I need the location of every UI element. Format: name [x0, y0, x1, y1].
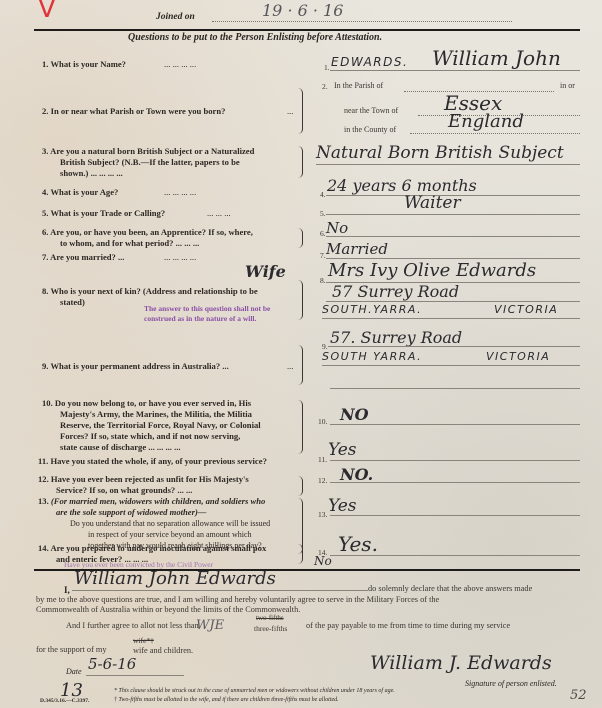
a9-address-street: 57. Surrey Road	[330, 328, 462, 347]
q3-brace	[298, 146, 303, 178]
question-4: 4. What is your Age? ... ... ... ...	[42, 187, 300, 198]
a14-line	[330, 555, 580, 556]
county-line	[410, 133, 580, 134]
a10-line	[330, 424, 580, 425]
q10-text-1: Do you now belong to, or have you ever s…	[55, 398, 251, 408]
will-notice-line-1: The answer to this question shall not be	[144, 304, 270, 314]
a9-line-2	[322, 365, 580, 366]
a7-married: Married	[326, 240, 388, 258]
corner-number: 52	[570, 688, 587, 703]
a8-num: 8.	[320, 276, 326, 285]
parish-label: In the Parish of	[334, 81, 383, 90]
a5-trade: Waiter	[404, 193, 461, 213]
a8-address-street: 57 Surrey Road	[332, 282, 459, 301]
q3-text-3: shown.) ... ... ... ...	[42, 168, 300, 179]
date-label: Date	[66, 667, 82, 676]
q12-text-1: Have you ever been rejected as unfit for…	[51, 474, 249, 484]
q8-text-1: Who is your next of kin? (Address and re…	[50, 286, 257, 296]
q11-text: Have you stated the whole, if any, of yo…	[50, 456, 266, 466]
joined-date-line	[212, 21, 512, 22]
a9-address-city: SOUTH YARRA.	[322, 350, 422, 363]
declaration-prefix: I,	[64, 585, 70, 595]
town-label: near the Town of	[344, 106, 398, 115]
allotment-initials: WJE	[196, 618, 224, 633]
question-6: 6. Are you, or have you been, an Apprent…	[42, 227, 300, 249]
q8-num: 8.	[42, 286, 48, 296]
q10-text-3: Reserve, the Territorial Force, Royal Na…	[42, 420, 300, 431]
q4-num: 4.	[42, 187, 48, 197]
section-title: Questions to be put to the Person Enlist…	[128, 32, 382, 43]
q1-num: 1.	[42, 59, 48, 69]
a6-num: 6.	[320, 229, 326, 238]
q5-text: What is your Trade or Calling?	[50, 208, 165, 218]
q7-dots: ... ... ... ...	[164, 252, 196, 263]
question-11: 11. Have you stated the whole, if any, o…	[38, 456, 302, 467]
a1-line	[330, 70, 580, 71]
a2-num: 2.	[322, 82, 328, 91]
a3-line	[316, 164, 580, 165]
allotment-fraction: three-fifths	[254, 624, 287, 633]
signature-label: Signature of person enlisted.	[465, 679, 557, 688]
support-wife-children: wife and children.	[133, 646, 193, 655]
q12-brace	[298, 476, 303, 496]
q10-text-2: Majesty's Army, the Marines, the Militia…	[42, 409, 300, 420]
relationship-note: Wife	[245, 262, 286, 281]
a14-answer: Yes.	[338, 532, 378, 556]
q9-brace	[298, 345, 303, 385]
q14-text-1: Are you prepared to undergo inoculation …	[50, 543, 266, 553]
joined-date: 19 · 6 · 16	[262, 1, 343, 20]
a6-line	[326, 236, 580, 237]
a11-answer: Yes	[328, 440, 357, 460]
q2-text: In or near what Parish or Town were you …	[51, 106, 226, 116]
q12-num: 12.	[38, 474, 49, 484]
a5-num: 5.	[320, 209, 326, 218]
enlistee-signature: William J. Edwards	[370, 652, 552, 674]
q2-dots: ...	[287, 106, 293, 117]
a8-line-3	[322, 318, 580, 319]
will-notice-stamp: The answer to this question shall not be…	[144, 304, 270, 324]
a7-line	[326, 258, 580, 259]
declaration-name: William John Edwards	[74, 568, 276, 589]
q6-num: 6.	[42, 227, 48, 237]
a3-answer: Natural Born British Subject	[316, 143, 564, 163]
q9-text: What is your permanent address in Austra…	[50, 361, 228, 371]
a9-line-3	[330, 388, 580, 389]
a13-num: 13.	[318, 510, 327, 519]
q3-text-1: Are you a natural born British Subject o…	[50, 146, 254, 156]
q13-num: 13.	[38, 496, 49, 506]
allotment-end: of the pay payable to me from time to ti…	[306, 621, 510, 630]
will-notice-line-2: construed as in the nature of a will.	[144, 314, 270, 324]
footnote-2: † Two-fifths must be allotted to the wif…	[114, 697, 339, 703]
in-or-label: in or	[560, 81, 575, 90]
support-label: for the support of my	[36, 645, 107, 654]
a11-line	[330, 460, 580, 461]
q7-text: Are you married? ...	[50, 252, 124, 262]
q2-num: 2.	[42, 106, 48, 116]
q10-text-5: state cause of discharge ... ... ... ...	[42, 442, 300, 453]
declaration-line-1: do solemnly declare that the above answe…	[368, 584, 532, 593]
question-1: 1. What is your Name? ... ... ... ...	[42, 59, 300, 70]
a14-extra-answer: No	[314, 554, 332, 568]
a5-line	[326, 214, 580, 215]
header-rule	[34, 29, 580, 31]
q6-brace	[298, 228, 303, 248]
a13-line	[330, 515, 580, 516]
question-5: 5. What is your Trade or Calling? ... ..…	[42, 208, 300, 219]
q6-text-1: Are you, or have you been, an Apprentice…	[50, 227, 253, 237]
a1-surname: EDWARDS.	[331, 55, 408, 69]
q4-dots: ... ... ... ...	[164, 187, 196, 198]
red-check-mark: V	[38, 0, 56, 24]
declaration-line-2: by me to the above questions are true, a…	[36, 595, 439, 604]
birth-county: England	[448, 111, 524, 132]
date-line	[86, 675, 184, 676]
q13-text-2: are the sole support of widowed mother)—	[38, 507, 302, 518]
joined-on-label: Joined on	[156, 12, 195, 22]
a8-address-state: VICTORIA	[494, 303, 558, 316]
q13-text-4: in respect of your service beyond an amo…	[38, 529, 302, 540]
a9-address-state: VICTORIA	[486, 350, 550, 363]
q14-num: 14.	[38, 543, 49, 553]
question-9: 9. What is your permanent address in Aus…	[42, 361, 300, 372]
a10-num: 10.	[318, 417, 327, 426]
q10-text-4: Forces? If so, state which, and if not n…	[42, 431, 300, 442]
q14-brace	[298, 544, 303, 564]
q1-text: What is your Name?	[50, 59, 126, 69]
a8-next-of-kin: Mrs Ivy Olive Edwards	[328, 260, 536, 281]
q13-text-1: (For married men, widowers with children…	[51, 496, 265, 506]
a8-address-city: SOUTH.YARRA.	[322, 303, 422, 316]
a8-line-2	[326, 301, 580, 302]
q11-num: 11.	[38, 456, 48, 466]
q2-brace	[298, 88, 303, 134]
q3-text-2: British Subject? (N.B.—If the latter, pa…	[42, 157, 300, 168]
a12-num: 12.	[318, 476, 327, 485]
q5-dots: ... ... ...	[207, 208, 231, 219]
q9-num: 9.	[42, 361, 48, 371]
declaration-name-line	[72, 590, 368, 591]
q10-num: 10.	[42, 398, 53, 408]
a12-line	[330, 482, 580, 483]
a1-num: 1.	[324, 63, 330, 72]
q10-brace	[298, 400, 303, 454]
q1-dots: ... ... ... ...	[164, 59, 196, 70]
a6-apprentice: No	[326, 219, 348, 237]
a4-num: 4.	[320, 190, 326, 199]
q8-brace	[298, 280, 303, 320]
a13-answer: Yes	[328, 496, 357, 516]
q9-dots: ...	[287, 361, 293, 372]
q13-text-3: Do you understand that no separation all…	[38, 518, 302, 529]
question-2: 2. In or near what Parish or Town were y…	[42, 106, 300, 117]
question-3: 3. Are you a natural born British Subjec…	[42, 146, 300, 179]
q3-num: 3.	[42, 146, 48, 156]
declaration-line-3: Commonwealth of Australia within or beyo…	[36, 605, 300, 614]
question-12: 12. Have you ever been rejected as unfit…	[38, 474, 302, 496]
county-label: in the County of	[344, 125, 396, 134]
footnote-1: * This clause should be struck out in th…	[114, 688, 395, 694]
a9-line-1	[328, 346, 580, 347]
support-struck-wife: wife*†	[133, 636, 154, 645]
q6-text-2: to whom, and for what period? ... ... ..…	[42, 238, 300, 249]
a11-num: 11.	[318, 455, 327, 464]
q12-text-2: Service? If so, on what grounds? ... ...	[38, 485, 302, 496]
date-value: 5-6-16	[88, 655, 136, 673]
a10-answer: NO	[340, 405, 369, 424]
form-code: D.345/3.16.—C.3397.	[40, 698, 89, 704]
allotment-struck-fraction: two-fifths	[256, 614, 284, 622]
a7-num: 7.	[320, 251, 326, 260]
q7-num: 7.	[42, 252, 48, 262]
question-10: 10. Do you now belong to, or have you ev…	[42, 398, 300, 453]
allotment-start: And I further agree to allot not less th…	[66, 621, 199, 630]
a1-given-names: William John	[432, 46, 561, 70]
q4-text: What is your Age?	[50, 187, 118, 197]
q5-num: 5.	[42, 208, 48, 218]
